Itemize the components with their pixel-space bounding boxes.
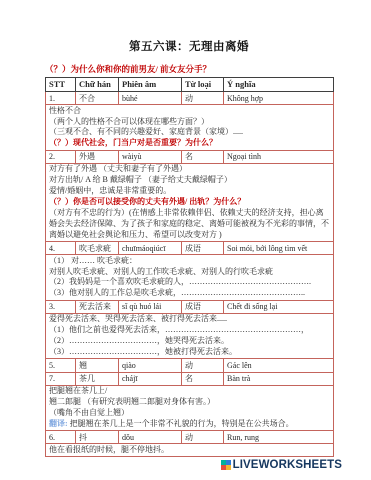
vocab-cell-2: sǐ qù huó lái — [119, 300, 182, 313]
vocab-cell-2: dǒu — [119, 431, 182, 444]
note-line: （1）他们之前也爱得死去活来，……………………………………………， — [49, 325, 330, 336]
vocab-cell-0: 7. — [46, 372, 76, 385]
note-text: （1）他们之前也爱得死去活来，……………………………………………， — [49, 325, 309, 334]
vocab-cell-1: 翘 — [76, 359, 119, 372]
note-line: （？）现代社会，门当户对是否重要？为什么？ — [49, 138, 330, 149]
logo-square-teal — [221, 460, 226, 465]
note-text: 把腿翘在茶几上是一个非常不礼貌的行为，特别是在公共场合。 — [68, 419, 294, 428]
note-text: 对方有了外遇 （丈夫和妻子有了外遇） — [49, 164, 187, 173]
notes-cell: 把腿翘在茶几上/翘二郎腿 （有研究表明翘二郎腿对身体有害。）（嘴角不由自觉上翘）… — [46, 385, 334, 431]
vocab-cell-4: Ngoại tình — [224, 150, 334, 163]
note-text: （对方有不忠的行为）(在情感上非常依赖伴侣、依赖丈夫的经济支持，担心离婚会失去经… — [49, 208, 329, 239]
vocab-cell-1: 抖 — [76, 431, 119, 444]
note-line: 对别人吹毛求疵、对别人的工作吹毛求疵、对别人的行吹毛求疵 — [49, 267, 330, 278]
note-line: 爱情/婚姻中，忠诚是非常重要的。 — [49, 186, 330, 197]
logo-square-red — [221, 465, 226, 470]
note-text: 他在看报纸的时候，腿不停地抖。 — [49, 445, 169, 454]
vocab-cell-0: 5. — [46, 359, 76, 372]
worksheet-content: 第五六课：无理由离婚 （？）为什么你和你的前男友/ 前女友分手？ STT Chữ… — [45, 0, 333, 457]
vocab-cell-2: bùhé — [119, 92, 182, 105]
note-text: （3）……………………………，她被打得死去活来。 — [49, 347, 237, 356]
note-line: （嘴角不由自觉上翘） — [49, 408, 330, 419]
liveworksheets-logo-icon — [221, 460, 231, 470]
note-line: 他在看报纸的时候，腿不停地抖。 — [49, 445, 330, 456]
question-text: （？）你是否可以接受你的丈夫有外遇/ 出轨？为什么？ — [49, 197, 245, 206]
vocab-row: 6.抖dǒu动Run, rung — [46, 431, 334, 444]
note-line: 爱得死去活来、哭得死去活来、被打得死去活来..... — [49, 314, 330, 325]
header-cell-wordclass: Từ loại — [182, 78, 224, 92]
vocab-cell-2: qiào — [119, 359, 182, 372]
note-line: （1） 对…… 吹毛求疵： — [49, 256, 330, 267]
notes-row: 性格不合（两个人的性格不合可以体现在哪些方面？）（三观不合、有不同的兴趣爱好、家… — [46, 105, 334, 151]
note-text: 爱得死去活来、哭得死去活来、被打得死去活来..... — [49, 314, 227, 323]
header-cell-hanzi: Chữ hán — [76, 78, 119, 92]
header-cell-pinyin: Phiên âm — [119, 78, 182, 92]
vocab-row: 1.不合bùhé动Không hợp — [46, 92, 334, 105]
note-text: （2）……………………………，她哭得死去活来。 — [49, 336, 229, 345]
notes-row: 爱得死去活来、哭得死去活来、被打得死去活来.....（1）他们之前也爱得死去活来… — [46, 313, 334, 359]
note-text: （嘴角不由自觉上翘） — [49, 408, 129, 417]
logo-square-yellow — [226, 465, 231, 470]
vocab-cell-4: Gác lên — [224, 359, 334, 372]
vocab-row: 7.茶几chájī名Bàn trà — [46, 372, 334, 385]
vocab-cell-1: 外遇 — [76, 150, 119, 163]
top-question: （？）为什么你和你的前男友/ 前女友分手？ — [45, 63, 333, 75]
vocab-cell-0: 1. — [46, 92, 76, 105]
note-text: （1） 对…… 吹毛求疵： — [49, 256, 137, 265]
notes-row: 把腿翘在茶几上/翘二郎腿 （有研究表明翘二郎腿对身体有害。）（嘴角不由自觉上翘）… — [46, 385, 334, 431]
note-line: 把腿翘在茶几上/ — [49, 386, 330, 397]
notes-cell: 对方有了外遇 （丈夫和妻子有了外遇）对方出轨/ A 给 B 戴绿帽子 （妻子给丈… — [46, 163, 334, 241]
logo-square-blue — [226, 460, 231, 465]
vocab-cell-4: Soi mói, bới lông tìm vết — [224, 242, 334, 255]
liveworksheets-logo: LIVEWORKSHEETS — [221, 459, 342, 471]
header-row: STT Chữ hán Phiên âm Từ loại Ý nghĩa — [46, 78, 334, 92]
note-line: （两个人的性格不合可以体现在哪些方面？） — [49, 117, 330, 128]
vocab-cell-4: Run, rung — [224, 431, 334, 444]
vocab-cell-3: 成语 — [182, 300, 224, 313]
note-line: 性格不合 — [49, 106, 330, 117]
worksheet-title: 第五六课：无理由离婚 — [45, 0, 333, 54]
notes-row: （1） 对…… 吹毛求疵：对别人吹毛求疵、对别人的工作吹毛求疵、对别人的行吹毛求… — [46, 255, 334, 301]
vocab-cell-1: 不合 — [76, 92, 119, 105]
note-line: （？）你是否可以接受你的丈夫有外遇/ 出轨？为什么？ — [49, 197, 330, 208]
notes-cell: （1） 对…… 吹毛求疵：对别人吹毛求疵、对别人的工作吹毛求疵、对别人的行吹毛求… — [46, 255, 334, 301]
vocab-cell-4: Không hợp — [224, 92, 334, 105]
vocab-row: 4.吹毛求疵chuīmáoqiúcī成语Soi mói, bới lông tì… — [46, 242, 334, 255]
note-text: （三观不合、有不同的兴趣爱好、家庭背景（家境）..... — [49, 127, 243, 136]
note-line: 翘二郎腿 （有研究表明翘二郎腿对身体有害。） — [49, 397, 330, 408]
vocab-cell-3: 名 — [182, 372, 224, 385]
note-line: （2）……………………………，她哭得死去活来。 — [49, 336, 330, 347]
vocab-cell-1: 吹毛求疵 — [76, 242, 119, 255]
note-text: （3）他对别人的工作总是吹毛求疵，……………………………………….. — [49, 288, 305, 297]
vocab-cell-4: Bàn trà — [224, 372, 334, 385]
vocab-cell-3: 动 — [182, 359, 224, 372]
vocab-cell-3: 成语 — [182, 242, 224, 255]
notes-cell: 爱得死去活来、哭得死去活来、被打得死去活来.....（1）他们之前也爱得死去活来… — [46, 313, 334, 359]
vocab-cell-2: wàiyù — [119, 150, 182, 163]
note-text: 爱情/婚姻中，忠诚是非常重要的。 — [49, 186, 171, 195]
vocab-table: STT Chữ hán Phiên âm Từ loại Ý nghĩa 1.不… — [45, 77, 334, 457]
vocab-cell-0: 2. — [46, 150, 76, 163]
note-line: 对方出轨/ A 给 B 戴绿帽子 （妻子给丈夫戴绿帽子） — [49, 175, 330, 186]
vocab-cell-2: chuīmáoqiúcī — [119, 242, 182, 255]
translate-label: 翻译: — [49, 419, 68, 428]
vocab-cell-0: 3. — [46, 300, 76, 313]
liveworksheets-wordmark: LIVEWORKSHEETS — [233, 459, 342, 471]
notes-cell: 性格不合（两个人的性格不合可以体现在哪些方面？）（三观不合、有不同的兴趣爱好、家… — [46, 105, 334, 151]
note-line: （对方有不忠的行为）(在情感上非常依赖伴侣、依赖丈夫的经济支持，担心离婚会失去经… — [49, 208, 330, 241]
note-text: 翘二郎腿 （有研究表明翘二郎腿对身体有害。） — [49, 397, 215, 406]
vocab-row: 5.翘qiào动Gác lên — [46, 359, 334, 372]
note-text: 把腿翘在茶几上/ — [49, 386, 107, 395]
vocab-cell-4: Chết đi sống lại — [224, 300, 334, 313]
notes-row: 对方有了外遇 （丈夫和妻子有了外遇）对方出轨/ A 给 B 戴绿帽子 （妻子给丈… — [46, 163, 334, 241]
vocab-cell-1: 死去活来 — [76, 300, 119, 313]
note-text: （两个人的性格不合可以体现在哪些方面？） — [49, 117, 209, 126]
vocab-cell-3: 名 — [182, 150, 224, 163]
vocab-cell-0: 4. — [46, 242, 76, 255]
notes-row: 他在看报纸的时候，腿不停地抖。 — [46, 444, 334, 457]
note-line: 对方有了外遇 （丈夫和妻子有了外遇） — [49, 164, 330, 175]
vocab-cell-3: 动 — [182, 92, 224, 105]
header-cell-stt: STT — [46, 78, 76, 92]
note-line: （3）……………………………，她被打得死去活来。 — [49, 347, 330, 358]
note-text: 对别人吹毛求疵、对别人的工作吹毛求疵、对别人的行吹毛求疵 — [49, 267, 273, 276]
note-line: 翻译: 把腿翘在茶几上是一个非常不礼貌的行为，特别是在公共场合。 — [49, 419, 330, 430]
note-line: （2）我妈妈是一个喜欢吹毛求疵的人，………………………………………. — [49, 277, 330, 288]
page-root: 第五六课：无理由离婚 （？）为什么你和你的前男友/ 前女友分手？ STT Chữ… — [0, 0, 371, 480]
notes-cell: 他在看报纸的时候，腿不停地抖。 — [46, 444, 334, 457]
vocab-row: 2.外遇wàiyù名Ngoại tình — [46, 150, 334, 163]
vocab-row: 3.死去活来sǐ qù huó lái成语Chết đi sống lại — [46, 300, 334, 313]
note-text: （2）我妈妈是一个喜欢吹毛求疵的人，………………………………………. — [49, 277, 311, 286]
header-cell-meaning: Ý nghĩa — [224, 78, 334, 92]
vocab-cell-0: 6. — [46, 431, 76, 444]
vocab-cell-1: 茶几 — [76, 372, 119, 385]
question-text: （？）现代社会，门当户对是否重要？为什么？ — [49, 138, 217, 147]
note-text: 性格不合 — [49, 106, 81, 115]
vocab-cell-3: 动 — [182, 431, 224, 444]
note-line: （3）他对别人的工作总是吹毛求疵，……………………………………….. — [49, 288, 330, 299]
vocab-cell-2: chájī — [119, 372, 182, 385]
note-text: 对方出轨/ A 给 B 戴绿帽子 （妻子给丈夫戴绿帽子） — [49, 175, 232, 184]
note-line: （三观不合、有不同的兴趣爱好、家庭背景（家境）..... — [49, 127, 330, 138]
vocab-table-body: 1.不合bùhé动Không hợp性格不合（两个人的性格不合可以体现在哪些方面… — [46, 92, 334, 457]
